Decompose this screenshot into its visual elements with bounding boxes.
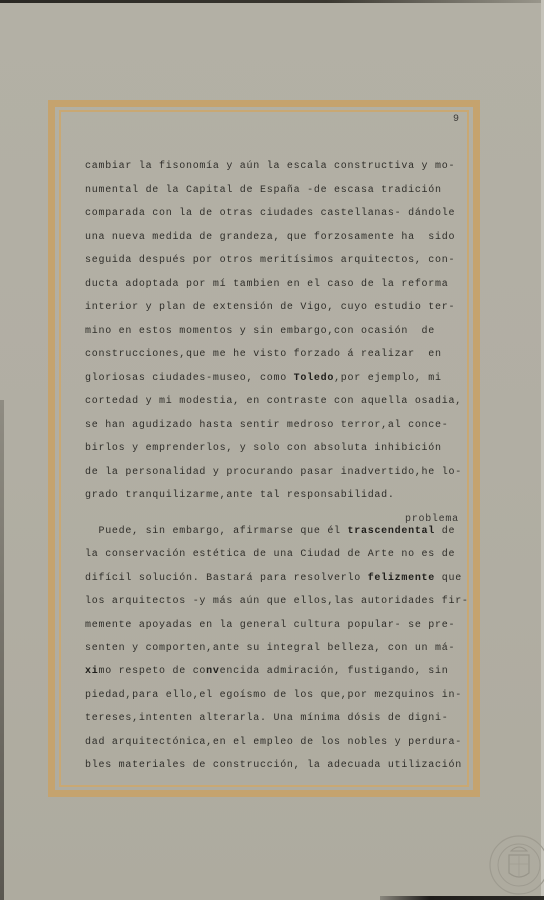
text-line: los arquitectos -y más aún que ellos,las… — [85, 596, 469, 608]
page-left-edge — [0, 400, 4, 900]
page-number: 9 — [453, 114, 459, 125]
text-line: numental de la Capital de España -de esc… — [85, 185, 442, 197]
text-line: construcciones,que me he visto forzado á… — [85, 349, 442, 361]
text-line: piedad,para ello,el egoísmo de los que,p… — [85, 690, 462, 702]
text-line: grado tranquilizarme,ante tal responsabi… — [85, 490, 395, 502]
text-line: una nueva medida de grandeza, que forzos… — [85, 232, 455, 244]
text-line: gloriosas ciudades-museo, como Toledo,po… — [85, 373, 442, 385]
page-top-edge — [0, 0, 544, 3]
text-line: comparada con la de otras ciudades caste… — [85, 208, 455, 220]
text-line: memente apoyadas en la general cultura p… — [85, 620, 455, 632]
text-line: birlos y emprenderlos, y solo con absolu… — [85, 443, 442, 455]
text-line: se han agudizado hasta sentir medroso te… — [85, 420, 448, 432]
text-line: de la personalidad y procurando pasar in… — [85, 467, 462, 479]
document-page: 9 cambiar la fisonomía y aún la escala c… — [0, 0, 544, 900]
embossed-seal-icon — [487, 833, 544, 897]
text-line: difícil solución. Bastará para resolverl… — [85, 573, 462, 585]
text-line: seguida después por otros meritísimos ar… — [85, 255, 455, 267]
text-line: dad arquitectónica,en el empleo de los n… — [85, 737, 462, 749]
margin-insertion-note: problema — [405, 514, 459, 525]
text-line: Puede, sin embargo, afirmarse que él tra… — [85, 526, 455, 538]
text-line: bles materiales de construcción, la adec… — [85, 760, 462, 772]
text-line: ximo respeto de convencida admiración, f… — [85, 666, 449, 678]
text-line: interior y plan de extensión de Vigo, cu… — [85, 302, 455, 314]
text-line: ducta adoptada por mí tambien en el caso… — [85, 279, 448, 291]
text-line: tereses,intenten alterarla. Una mínima d… — [85, 713, 448, 725]
text-line: cambiar la fisonomía y aún la escala con… — [85, 161, 455, 173]
text-line: la conservación estética de una Ciudad d… — [85, 549, 455, 561]
text-line: cortedad y mi modestia, en contraste con… — [85, 396, 462, 408]
text-line: senten y comporten,ante su integral bell… — [85, 643, 455, 655]
text-line: mino en estos momentos y sin embargo,con… — [85, 326, 435, 338]
